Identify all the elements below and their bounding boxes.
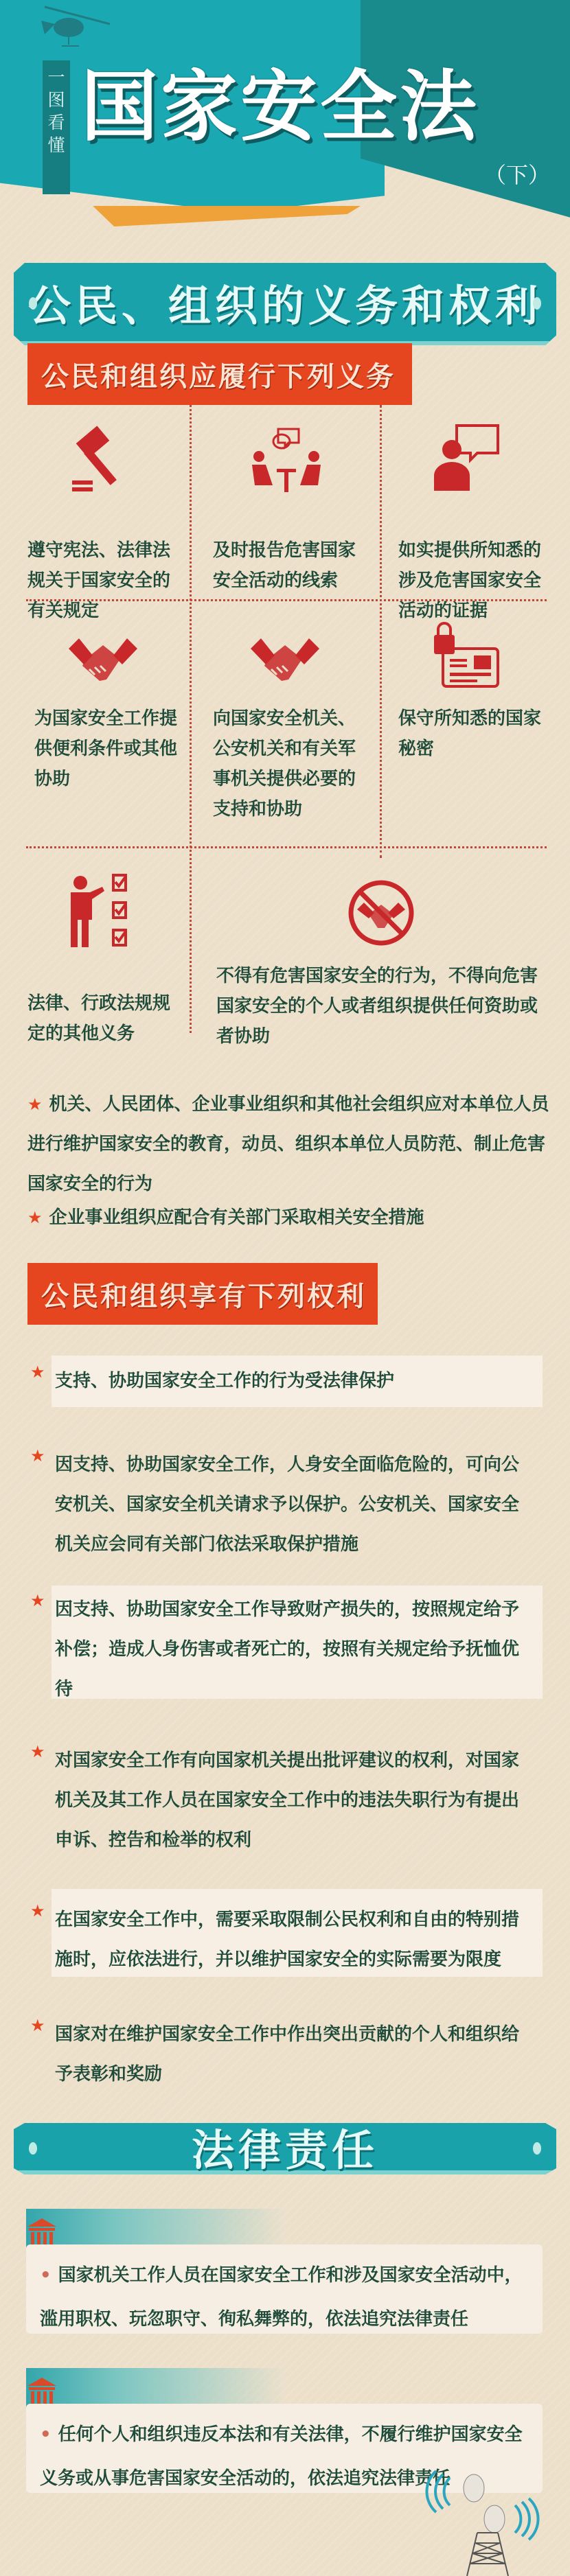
bullet-icon: • [40, 2265, 52, 2286]
meeting-report-icon [251, 422, 323, 498]
star-icon: ★ [30, 1901, 45, 1921]
bullet-icon: • [40, 2424, 52, 2445]
banner-dot [29, 297, 37, 310]
right-item: 因支持、协助国家安全工作导致财产损失的，按照规定给予补偿；造成人身伤害或者死亡的… [55, 1590, 522, 1709]
liability-item: •国家机关工作人员在国家安全工作和涉及国家安全活动中，滥用职权、玩忽职守、徇私舞… [40, 2253, 534, 2341]
section-banner-title: 法律责任 [192, 2116, 378, 2177]
duty-text: 及时报告危害国家安全活动的线索 [213, 535, 364, 596]
duty-text: 向国家安全机关、公安机关和有关军事机关提供必要的支持和协助 [213, 704, 364, 824]
duties-heading: 公民和组织应履行下列义务 [27, 343, 412, 405]
side-char: 图 [43, 89, 70, 111]
section-banner-duties-rights: 公民、组织的义务和权利 [14, 263, 556, 345]
handshake-icon [251, 631, 319, 686]
star-icon: ★ [27, 1208, 43, 1227]
star-icon: ★ [30, 2016, 45, 2035]
duty-text: 法律、行政法规规定的其他义务 [27, 988, 179, 1049]
right-item: 因支持、协助国家安全工作，人身安全面临危险的，可向公安机关、国家安全机关请求予以… [55, 1445, 522, 1564]
duty-text: 不得有危害国家安全的行为，不得向危害国家安全的个人或者组织提供任何资助或者协助 [216, 961, 546, 1052]
org-duty-item: ★机关、人民团体、企业事业组织和其他社会组织应对本单位人员进行维护国家安全的教育… [27, 1084, 549, 1204]
no-handshake-icon [347, 879, 415, 947]
org-duty-item: ★企业事业组织应配合有关部门采取相关安全措施 [27, 1198, 549, 1238]
section-banner-liability: 法律责任 [14, 2123, 556, 2174]
signal-tower-icon [419, 2464, 556, 2576]
right-item: 对国家安全工作有向国家机关提出批评建议的权利，对国家机关及其工作人员在国家安全工… [55, 1741, 522, 1860]
star-icon: ★ [30, 1446, 45, 1465]
star-icon: ★ [30, 1742, 45, 1761]
duty-text: 如实提供所知悉的涉及危害国家安全活动的证据 [398, 535, 549, 626]
handshake-icon [69, 631, 137, 686]
side-char: 看 [43, 111, 70, 134]
grid-divider [380, 405, 382, 858]
header-side-label: 一 图 看 懂 [43, 60, 70, 194]
duty-text: 为国家安全工作提供便利条件或其他协助 [34, 704, 185, 794]
gavel-icon [65, 426, 134, 494]
header-banner: 一 图 看 懂 国家安全法 （下） [0, 0, 570, 227]
helicopter-icon [31, 3, 113, 58]
right-item: 在国家安全工作中，需要采取限制公民权利和自由的特别措施时，应依法进行，并以维护国… [55, 1900, 522, 1980]
star-icon: ★ [27, 1095, 43, 1114]
header-orange-strip [93, 206, 361, 227]
right-item: 支持、协助国家安全工作的行为受法律保护 [55, 1361, 522, 1401]
side-char: 一 [43, 66, 70, 89]
checklist-person-icon [65, 872, 134, 954]
infographic-page: 一 图 看 懂 国家安全法 （下） 公民、组织的义务和权利 公民和组织应履行下列… [0, 0, 570, 2576]
duty-text: 保守所知悉的国家秘密 [398, 704, 549, 764]
page-subtitle: （下） [484, 158, 550, 189]
org-duty-text: 企业事业组织应配合有关部门采取相关安全措施 [49, 1207, 424, 1228]
duty-text: 遵守宪法、法律法规关于国家安全的有关规定 [27, 535, 175, 626]
grid-divider [26, 846, 547, 848]
banner-dot [533, 2142, 541, 2155]
section-banner-title: 公民、组织的义务和权利 [28, 272, 542, 333]
right-item: 国家对在维护国家安全工作中作出突出贡献的个人和组织给予表彰和奖励 [55, 2015, 522, 2094]
grid-divider [190, 405, 192, 1033]
banner-dot [29, 2142, 37, 2155]
speaking-person-icon [433, 422, 501, 491]
org-duty-text: 机关、人民团体、企业事业组织和其他社会组织应对本单位人员进行维护国家安全的教育，… [27, 1094, 549, 1194]
liability-text: 国家机关工作人员在国家安全工作和涉及国家安全活动中，滥用职权、玩忽职守、徇私舞弊… [40, 2265, 523, 2330]
star-icon: ★ [30, 1362, 45, 1382]
rights-heading: 公民和组织享有下列权利 [27, 1263, 378, 1325]
lock-card-icon [433, 621, 501, 690]
banner-dot [533, 297, 541, 310]
page-title: 国家安全法 [81, 65, 479, 150]
star-icon: ★ [30, 1591, 45, 1610]
side-char: 懂 [43, 134, 70, 156]
